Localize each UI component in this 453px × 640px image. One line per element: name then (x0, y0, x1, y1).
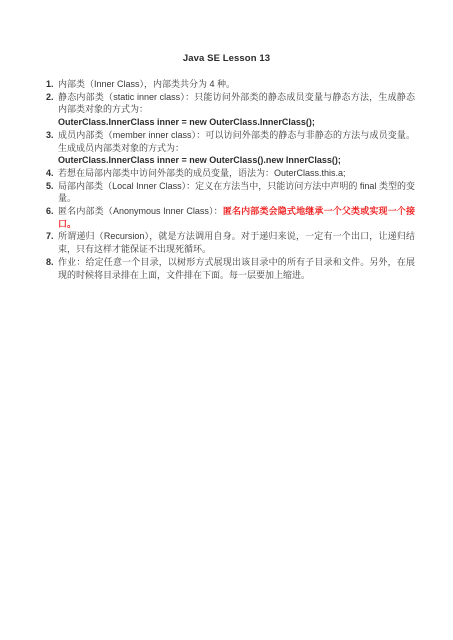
item-number: 8. (46, 256, 54, 269)
item-number: 2. (46, 91, 54, 104)
item-text: 匿名内部类（Anonymous Inner Class）： (58, 206, 223, 216)
list-item: 1.内部类（Inner Class），内部类共分为 4 种。 (46, 78, 415, 91)
list-item: 7.所谓递归（Recursion），就是方法调用自身。对于递归来说，一定有一个出… (46, 230, 415, 255)
item-number: 3. (46, 129, 54, 142)
code-line: OuterClass.InnerClass inner = new OuterC… (58, 154, 415, 167)
item-text: 成员内部类（member inner class）：可以访问外部类的静态与非静态… (58, 130, 415, 153)
item-text: 局部内部类（Local Inner Class）：定义在方法当中，只能访问方法中… (58, 181, 415, 204)
item-number: 6. (46, 205, 54, 218)
item-number: 5. (46, 180, 54, 193)
list-item: 2.静态内部类（static inner class）：只能访问外部类的静态成员… (46, 91, 415, 129)
item-text: 所谓递归（Recursion），就是方法调用自身。对于递归来说，一定有一个出口，… (58, 231, 415, 254)
item-text: 若想在局部内部类中访问外部类的成员变量，语法为：OuterClass.this.… (58, 168, 346, 178)
document-page: Java SE Lesson 13 1.内部类（Inner Class），内部类… (0, 0, 453, 640)
item-number: 1. (46, 78, 54, 91)
page-title: Java SE Lesson 13 (0, 0, 453, 65)
item-number: 7. (46, 230, 54, 243)
item-text: 作业：给定任意一个目录，以树形方式展现出该目录中的所有子目录和文件。另外，在展现… (58, 257, 415, 280)
item-text: 静态内部类（static inner class）：只能访问外部类的静态成员变量… (58, 92, 415, 115)
code-line: OuterClass.InnerClass inner = new OuterC… (58, 116, 415, 129)
list-item: 5.局部内部类（Local Inner Class）：定义在方法当中，只能访问方… (46, 180, 415, 205)
item-number: 4. (46, 167, 54, 180)
list-item: 4.若想在局部内部类中访问外部类的成员变量，语法为：OuterClass.thi… (46, 167, 415, 180)
list-item: 6.匿名内部类（Anonymous Inner Class）：匿名内部类会隐式地… (46, 205, 415, 230)
list-item: 8.作业：给定任意一个目录，以树形方式展现出该目录中的所有子目录和文件。另外，在… (46, 256, 415, 281)
item-text: 内部类（Inner Class），内部类共分为 4 种。 (58, 79, 235, 89)
lesson-notes-list: 1.内部类（Inner Class），内部类共分为 4 种。2.静态内部类（st… (46, 78, 415, 281)
list-item: 3.成员内部类（member inner class）：可以访问外部类的静态与非… (46, 129, 415, 167)
